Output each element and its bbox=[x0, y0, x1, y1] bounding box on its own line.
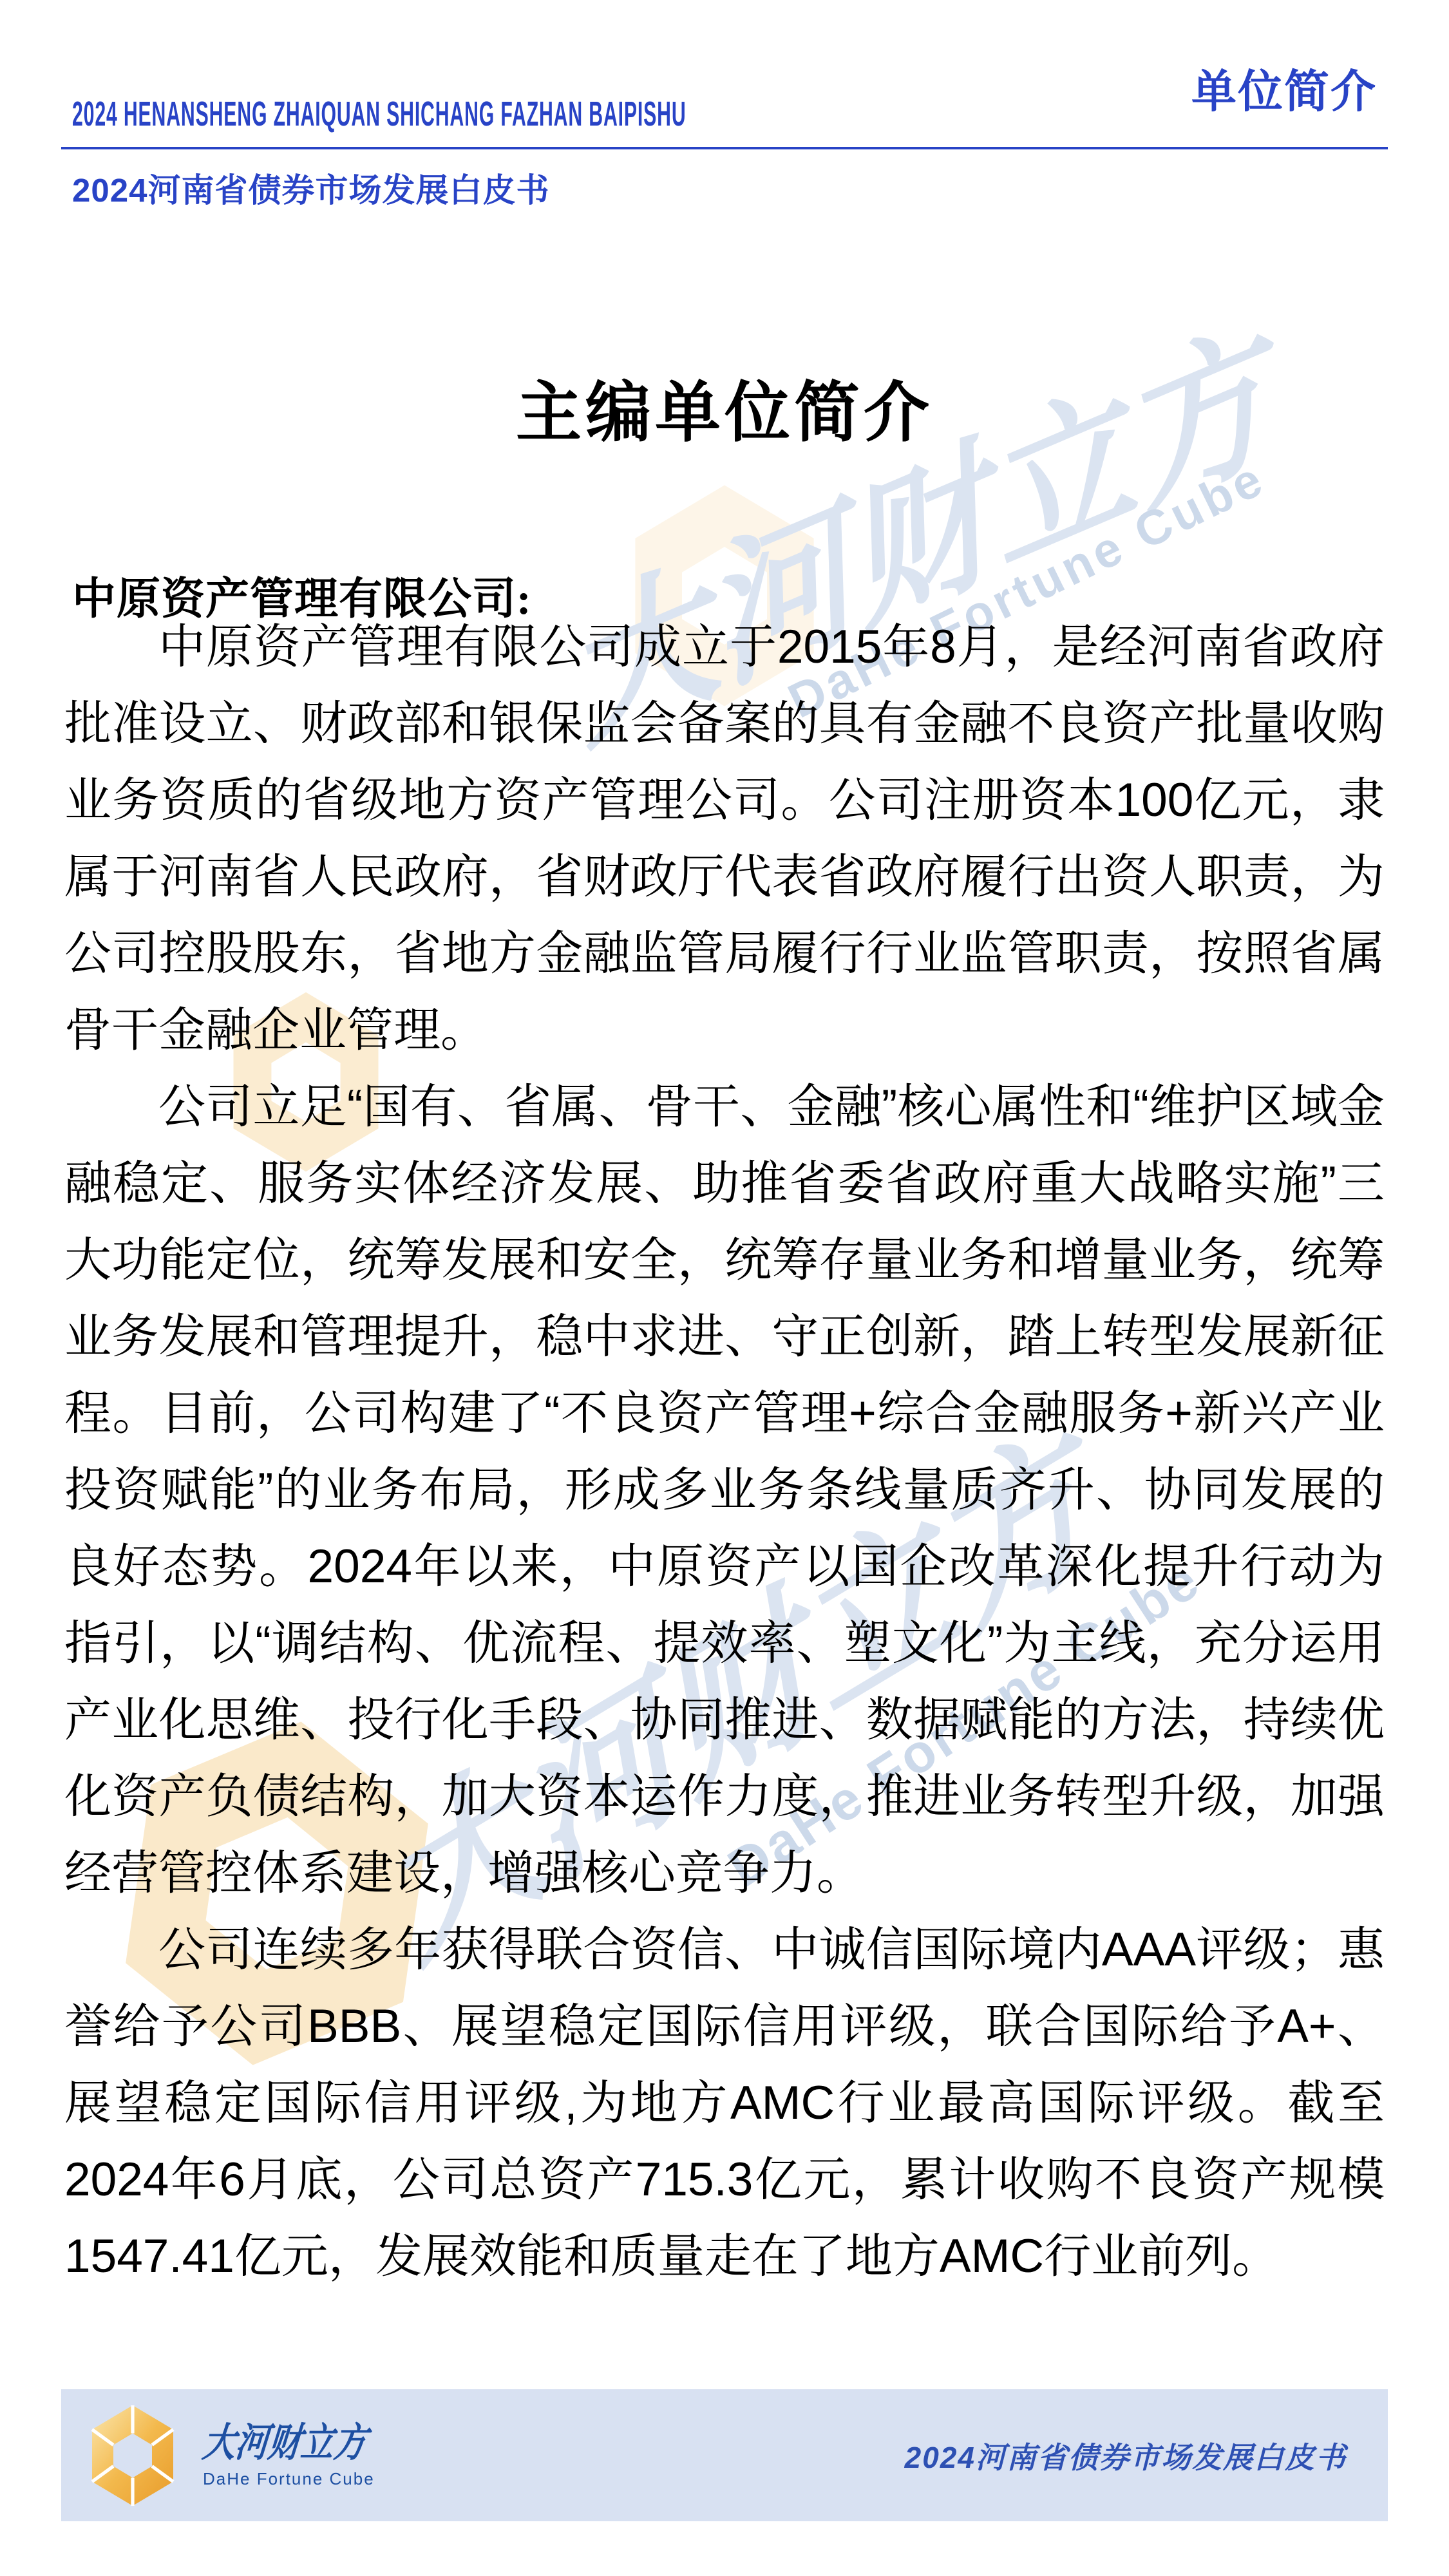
header-subtitle: 2024河南省债券市场发展白皮书 bbox=[72, 164, 549, 211]
body-text: 中原资产管理有限公司成立于2015年8月，是经河南省政府批准设立、财政部和银保监… bbox=[64, 609, 1385, 2295]
paragraph: 公司连续多年获得联合资信、中诚信国际境内AAA评级；惠誉给予公司BBB、展望稳定… bbox=[64, 1911, 1385, 2295]
logo-zh-text: 大河财立方 bbox=[200, 2421, 368, 2465]
dahe-cube-logo-icon bbox=[84, 2400, 181, 2511]
document-page: 大河财立方 DaHe Fortune Cube 大河财立方 DaHe Fortu… bbox=[0, 0, 1449, 2576]
header-divider bbox=[61, 147, 1388, 149]
page-title: 主编单位简介 bbox=[0, 361, 1449, 455]
footer-title: 2024河南省债券市场发展白皮书 bbox=[905, 2434, 1347, 2477]
footer-logo-text: 大河财立方 DaHe Fortune Cube bbox=[203, 2421, 402, 2489]
paragraph: 公司立足“国有、省属、骨干、金融”核心属性和“维护区域金融稳定、服务实体经济发展… bbox=[64, 1068, 1385, 1911]
header-pinyin: 2024 HENANSHENG ZHAIQUAN SHICHANG FAZHAN… bbox=[72, 94, 687, 134]
footer-bar: 大河财立方 DaHe Fortune Cube 2024河南省债券市场发展白皮书 bbox=[61, 2389, 1388, 2521]
logo-en-text: DaHe Fortune Cube bbox=[203, 2469, 402, 2489]
page-corner-label: 单位简介 bbox=[1191, 55, 1377, 120]
paragraph: 中原资产管理有限公司成立于2015年8月，是经河南省政府批准设立、财政部和银保监… bbox=[64, 609, 1385, 1068]
